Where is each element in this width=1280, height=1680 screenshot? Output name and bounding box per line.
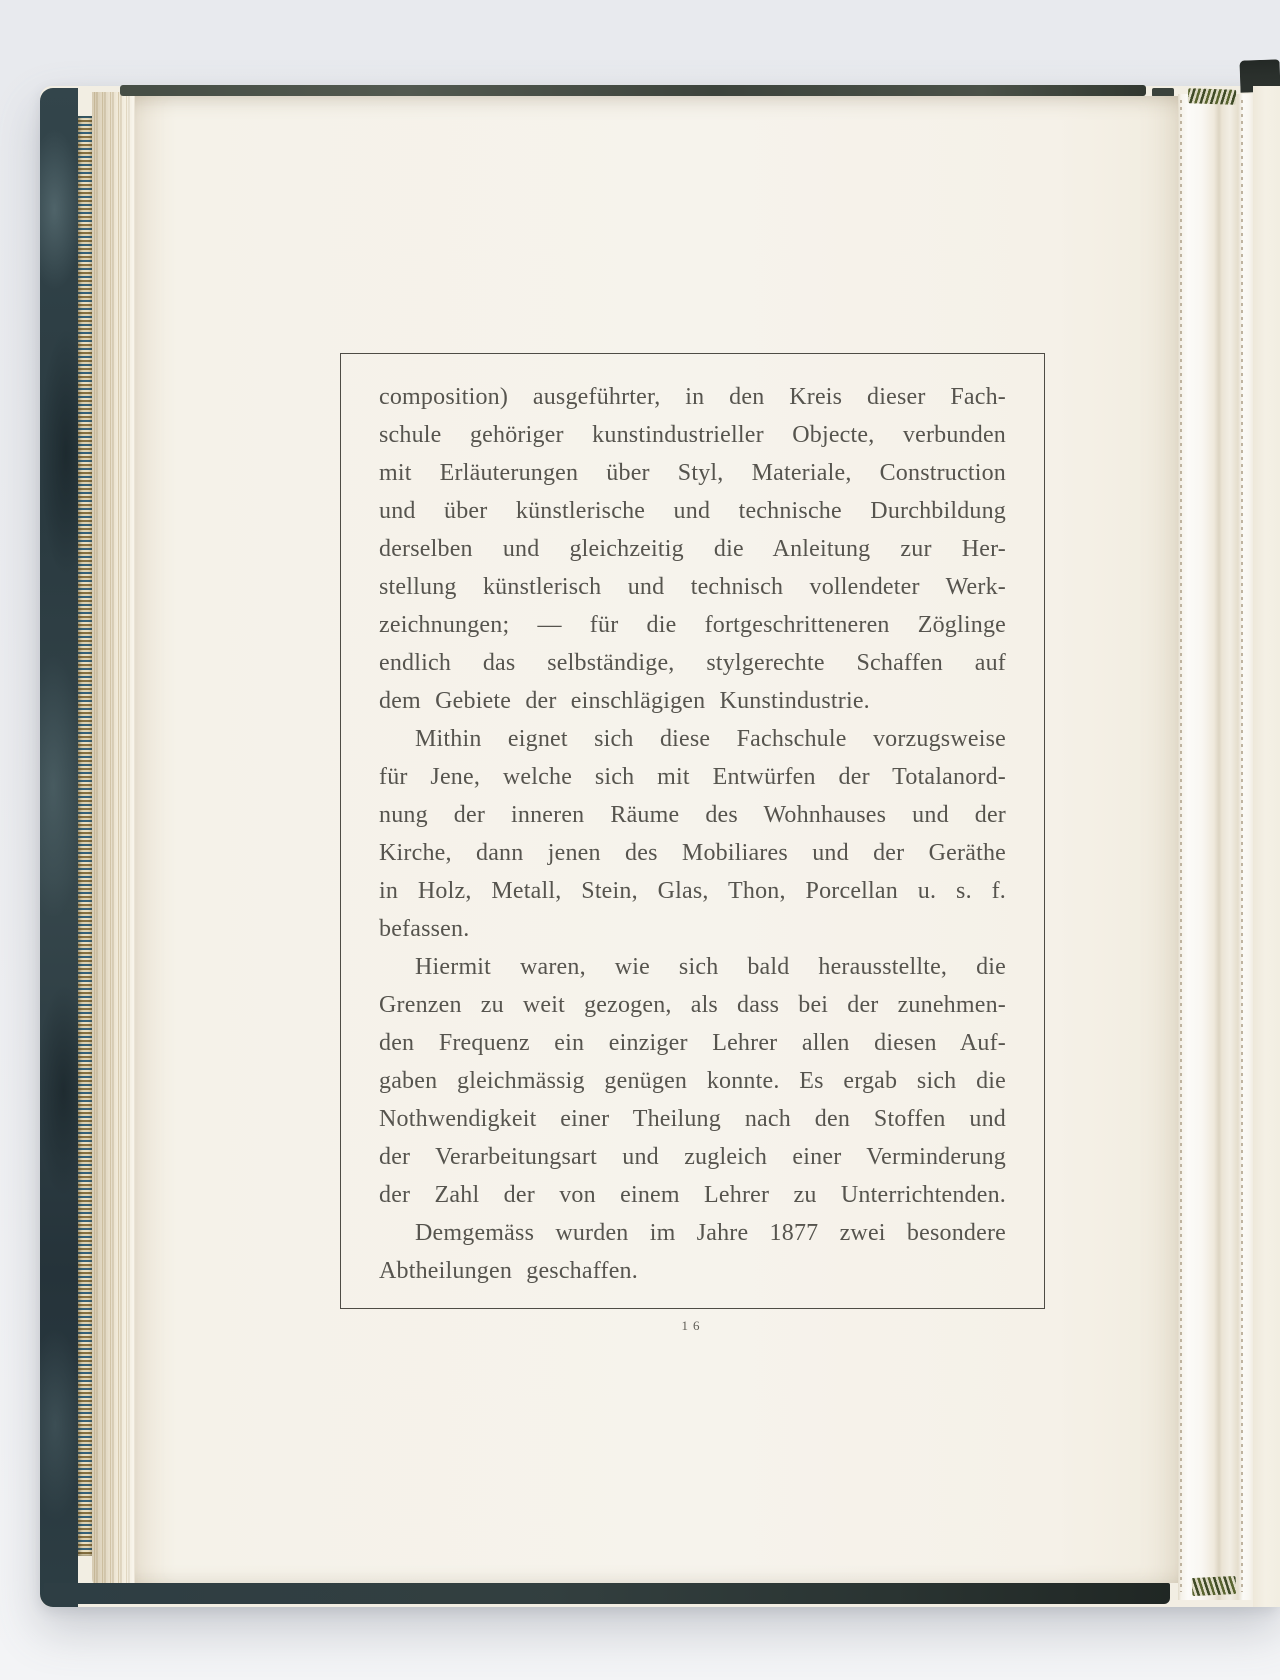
text-block: composition) ausgeführter, in den Kreis … (379, 378, 1006, 1290)
book-page: composition) ausgeführter, in den Kreis … (135, 96, 1180, 1583)
text-line: befassen. (379, 910, 1006, 948)
text-line: endlich das selbständige, stylgerechte S… (379, 644, 1006, 682)
photo-backdrop: composition) ausgeführter, in den Kreis … (0, 0, 1280, 1680)
text-line: dem Gebiete der einschlägigen Kunstindus… (379, 682, 1006, 720)
text-line: mit Erläuterungen über Styl, Materiale, … (379, 454, 1006, 492)
text-line: Hiermit waren, wie sich bald herausstell… (379, 948, 1006, 986)
book-bottom-edge (44, 1583, 1170, 1604)
text-line: gaben gleichmässig genügen konnte. Es er… (379, 1062, 1006, 1100)
headband-bottom (1192, 1576, 1237, 1596)
text-line: Nothwendigkeit einer Theilung nach den S… (379, 1100, 1006, 1138)
text-line: Demgemäss wurden im Jahre 1877 zwei beso… (379, 1214, 1006, 1252)
gutter-seam-right (1241, 100, 1243, 1592)
text-line: stellung künstlerisch und technisch voll… (379, 568, 1006, 606)
text-line: nung der inneren Räume des Wohnhauses un… (379, 796, 1006, 834)
text-line: composition) ausgeführter, in den Kreis … (379, 378, 1006, 416)
facing-page-edge (1253, 86, 1280, 1607)
text-line: zeichnungen; — für die fortgeschrittener… (379, 606, 1006, 644)
text-line: der Verarbeitungsart und zugleich einer … (379, 1138, 1006, 1176)
page-fore-edge (92, 92, 140, 1588)
page-number: 16 (340, 1318, 1046, 1334)
text-line: Grenzen zu weit gezogen, als dass bei de… (379, 986, 1006, 1024)
text-line: in Holz, Metall, Stein, Glas, Thon, Porc… (379, 872, 1006, 910)
text-line: und über künstlerische und technische Du… (379, 492, 1006, 530)
text-line: den Frequenz ein einziger Lehrer allen d… (379, 1024, 1006, 1062)
cover-pattern-strip (78, 116, 93, 1556)
text-line: Kirche, dann jenen des Mobiliares und de… (379, 834, 1006, 872)
text-line: der Zahl der von einem Lehrer zu Unterri… (379, 1176, 1006, 1214)
text-line: Mithin eignet sich diese Fachschule vorz… (379, 720, 1006, 758)
book-cover-left-velvet (40, 88, 78, 1607)
text-line: Abtheilungen geschaffen. (379, 1252, 1006, 1290)
text-line: für Jene, welche sich mit Entwürfen der … (379, 758, 1006, 796)
book-top-edge (120, 85, 1146, 96)
gutter-seam-left (1180, 100, 1182, 1592)
text-line: schule gehöriger kunstindustrieller Obje… (379, 416, 1006, 454)
text-border-frame: composition) ausgeführter, in den Kreis … (340, 353, 1045, 1309)
text-line: derselben und gleichzeitig die Anleitung… (379, 530, 1006, 568)
headband-top (1188, 88, 1236, 105)
book-gutter (1178, 94, 1255, 1600)
